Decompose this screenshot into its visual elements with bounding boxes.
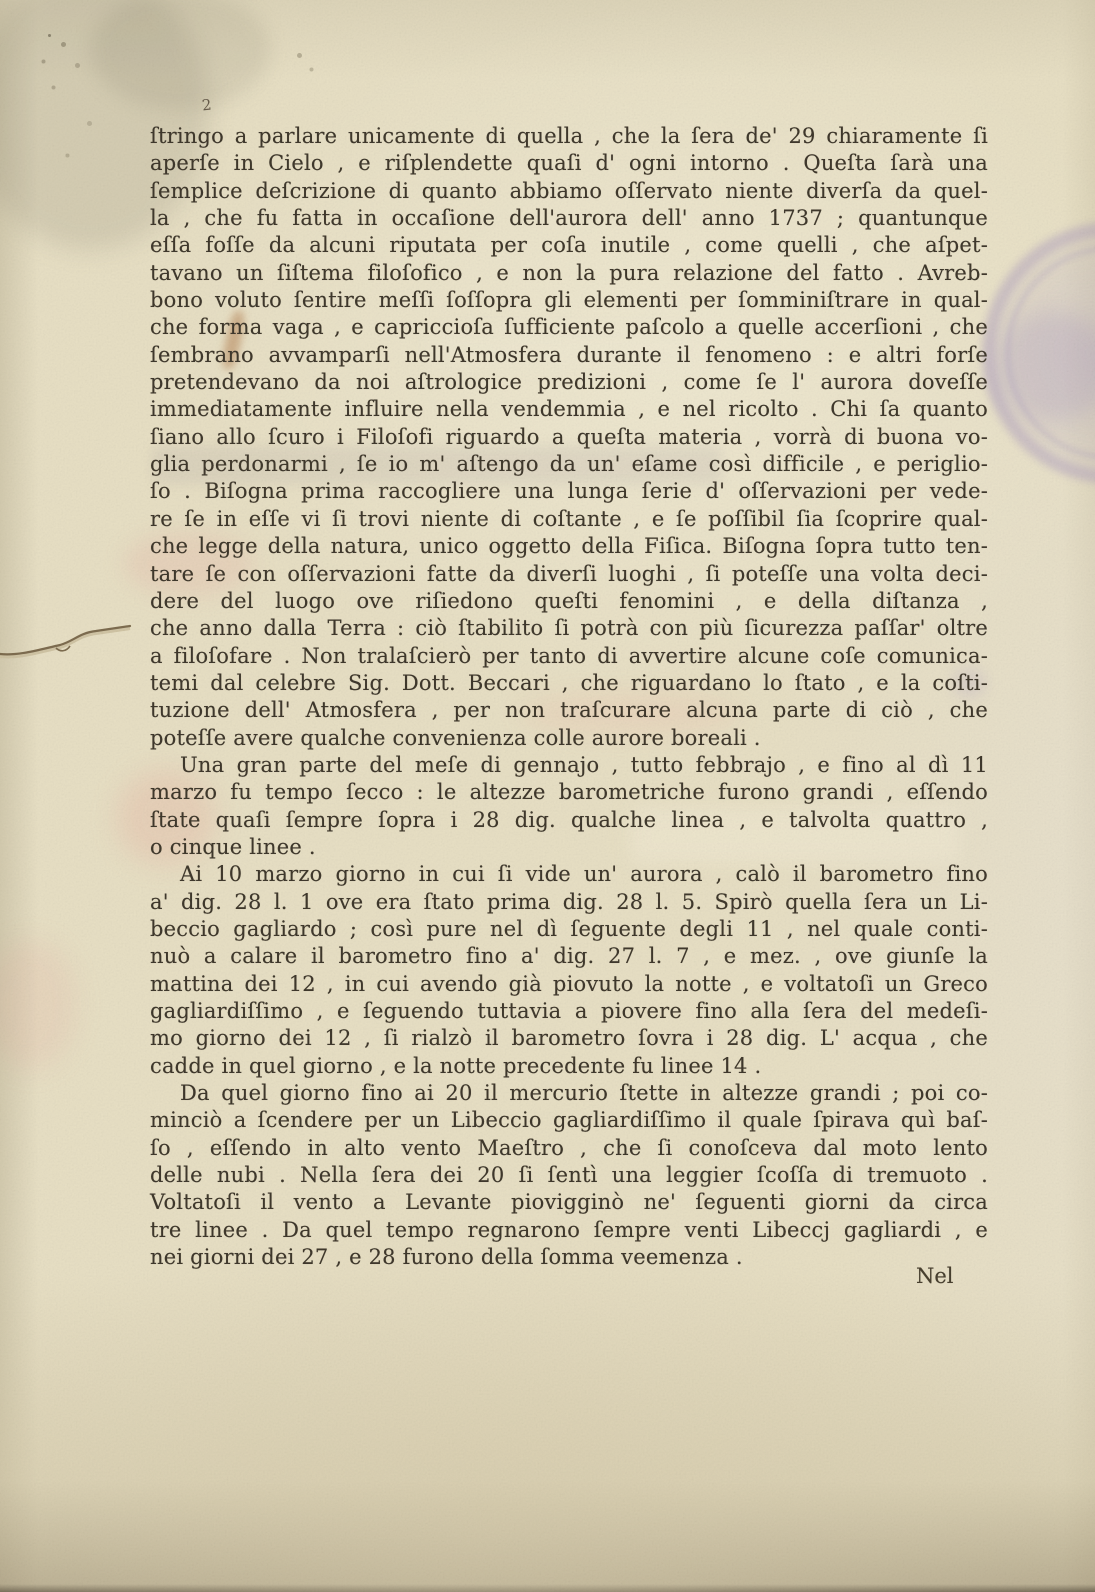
document-page: 2 ſtringo a parlare unicamente di quella…	[0, 0, 1095, 1592]
text-line: ſtate quaſi ſempre ſopra i 28 dig. qualc…	[150, 808, 988, 835]
text-line: tare ſe con oſſervazioni fatte da diverſ…	[150, 562, 988, 589]
text-line: Ai 10 marzo giorno in cui ſi vide un' au…	[150, 862, 988, 889]
text-line: nuò a calare il barometro fino a' dig. 2…	[150, 944, 988, 971]
paragraph: ſtringo a parlare unicamente di quella ,…	[150, 124, 988, 753]
text-line: poteſſe avere qualche convenienza colle …	[150, 726, 988, 753]
text-line: cadde in quel giorno , e la notte preced…	[150, 1054, 988, 1081]
text-line: che forma vaga , e capriccioſa ſufficien…	[150, 315, 988, 342]
stain-top-left-2	[90, 0, 270, 110]
text-line: marzo fu tempo ſecco : le altezze barome…	[150, 780, 988, 807]
text-line: mattina dei 12 , in cui avendo già piovu…	[150, 972, 988, 999]
stamp-inner-ring	[1006, 246, 1095, 460]
text-line: temi dal celebre Sig. Dott. Beccari , ch…	[150, 671, 988, 698]
text-line: pretendevano da noi aſtrologice predizio…	[150, 370, 988, 397]
pink-stain-3	[0, 940, 76, 1070]
text-line: minciò a ſcendere per un Libeccio gaglia…	[150, 1108, 988, 1135]
text-line: ſo , eſſendo in alto vento Maeſtro , che…	[150, 1136, 988, 1163]
text-line: che legge della natura, unico oggetto de…	[150, 534, 988, 561]
text-line: ſemplice deſcrizione di quanto abbiamo o…	[150, 179, 988, 206]
text-line: gagliardiſſimo , e ſeguendo tuttavia a p…	[150, 999, 988, 1026]
text-line: nei giorni dei 27 , e 28 furono della ſo…	[150, 1245, 988, 1272]
text-line: Una gran parte del meſe di gennajo , tut…	[150, 753, 988, 780]
text-line: Voltatoſi il vento a Levante piovigginò …	[150, 1190, 988, 1217]
text-line: mo giorno dei 12 , ſi rialzò il barometr…	[150, 1026, 988, 1053]
text-line: ſtringo a parlare unicamente di quella ,…	[150, 124, 988, 151]
text-line: tre linee . Da quel tempo regnarono ſemp…	[150, 1218, 988, 1245]
text-line: che anno dalla Terra : ciò ſtabilito ſi …	[150, 616, 988, 643]
text-line: ſo . Biſogna prima raccogliere una lunga…	[150, 479, 988, 506]
catchword: Nel	[916, 1264, 954, 1288]
text-line: la , che fu fatta in occaſione dell'auro…	[150, 206, 988, 233]
text-line: tavano un ſiſtema filoſofico , e non la …	[150, 261, 988, 288]
text-line: a filoſofare . Non tralaſcierò per tanto…	[150, 644, 988, 671]
text-line: Da quel giorno fino ai 20 il mercurio ſt…	[150, 1081, 988, 1108]
text-line: eſſa foſſe da alcuni riputata per coſa i…	[150, 233, 988, 260]
text-line: ſembrano avvamparſi nell'Atmosfera duran…	[150, 343, 988, 370]
text-block: ſtringo a parlare unicamente di quella ,…	[150, 124, 988, 1272]
paragraph: Da quel giorno fino ai 20 il mercurio ſt…	[150, 1081, 988, 1272]
text-line: a' dig. 28 l. 1 ove era ſtato prima dig.…	[150, 890, 988, 917]
paragraph: Una gran parte del meſe di gennajo , tut…	[150, 753, 988, 862]
text-line: o cinque linee .	[150, 835, 988, 862]
text-line: ſiano allo ſcuro i Filoſofi riguardo a q…	[150, 425, 988, 452]
text-line: delle nubi . Nella ſera dei 20 ſi ſentì …	[150, 1163, 988, 1190]
paper-tear-icon	[0, 612, 150, 682]
signature-mark: 2	[201, 96, 212, 115]
stamp-blob	[992, 312, 1095, 422]
paragraph: Ai 10 marzo giorno in cui ſi vide un' au…	[150, 862, 988, 1081]
ink-specks	[48, 34, 51, 37]
stamp-outer-ring	[982, 222, 1095, 484]
text-line: beccio gagliardo ; così pure nel dì ſegu…	[150, 917, 988, 944]
text-line: tuzione dell' Atmosfera , per non traſcu…	[150, 698, 988, 725]
text-line: glia perdonarmi , ſe io m' aſtengo da un…	[150, 452, 988, 479]
text-line: dere del luogo ove riſiedono queſti feno…	[150, 589, 988, 616]
library-stamp-icon	[982, 222, 1095, 484]
text-line: re ſe in eſſe vi ſi trovi niente di coſt…	[150, 507, 988, 534]
text-line: bono voluto ſentire meſſi ſoſſopra gli e…	[150, 288, 988, 315]
text-line: aperſe in Cielo , e riſplendette quaſi d…	[150, 151, 988, 178]
stamp-fill	[988, 228, 1095, 478]
text-line: immediatamente influire nella vendemmia …	[150, 397, 988, 424]
